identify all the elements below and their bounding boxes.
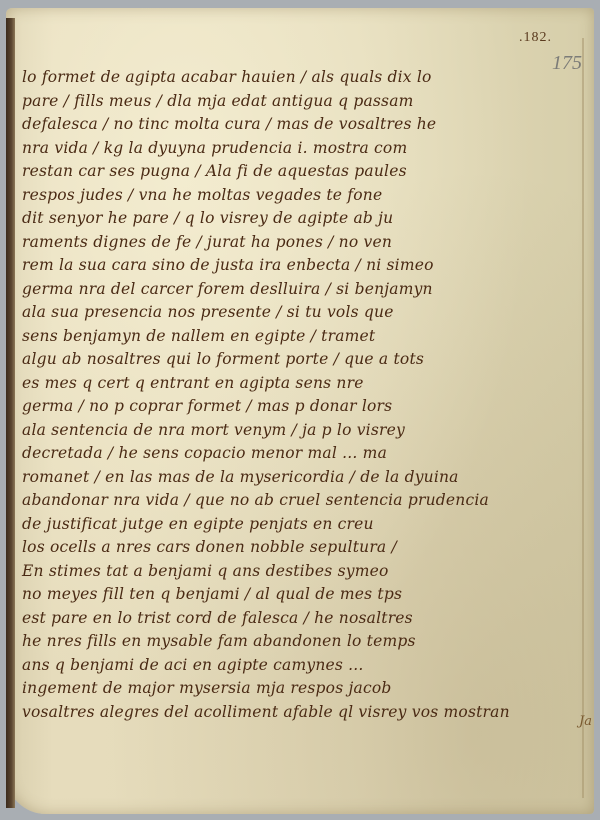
text-line: restan car ses pugna / Ala fi de aquesta… [22, 160, 562, 184]
text-line: defalesca / no tinc molta cura / mas de … [22, 113, 562, 137]
text-line: pare / fills meus / dla mja edat antigua… [22, 90, 562, 114]
text-line: lo formet de agipta acabar hauien / als … [22, 66, 562, 90]
text-line: ans q benjami de aci en agipte camynes .… [22, 654, 562, 678]
manuscript-page: .182. 175 lo formet de agipta acabar hau… [6, 8, 594, 814]
text-line: nra vida / kg la dyuyna prudencia i. mos… [22, 137, 562, 161]
text-line: est pare en lo trist cord de falesca / h… [22, 607, 562, 631]
text-line: germa / no p coprar formet / mas p donar… [22, 395, 562, 419]
text-line: ala sua presencia nos presente / si tu v… [22, 301, 562, 325]
text-line: sens benjamyn de nallem en egipte / tram… [22, 325, 562, 349]
text-line: algu ab nosaltres qui lo forment porte /… [22, 348, 562, 372]
text-line: los ocells a nres cars donen nobble sepu… [22, 536, 562, 560]
text-line: dit senyor he pare / q lo visrey de agip… [22, 207, 562, 231]
book-binding-edge [6, 18, 15, 808]
text-line: germa nra del carcer forem deslluira / s… [22, 278, 562, 302]
text-line: es mes q cert q entrant en agipta sens n… [22, 372, 562, 396]
page-edge-line [582, 38, 584, 798]
text-line: romanet / en las mas de la mysericordia … [22, 466, 562, 490]
text-line: abandonar nra vida / que no ab cruel sen… [22, 489, 562, 513]
text-line: de justificat jutge en egipte penjats en… [22, 513, 562, 537]
text-line: no meyes fill ten q benjami / al qual de… [22, 583, 562, 607]
text-line: decretada / he sens copacio menor mal ..… [22, 442, 562, 466]
margin-note: Ja [579, 714, 592, 729]
text-line: ingement de major mysersia mja respos ja… [22, 677, 562, 701]
text-line: vosaltres alegres del acolliment afable … [22, 701, 562, 725]
text-line: En stimes tat a benjami q ans destibes s… [22, 560, 562, 584]
text-line: respos judes / vna he moltas vegades te … [22, 184, 562, 208]
folio-number-ink: .182. [519, 30, 552, 46]
manuscript-text: lo formet de agipta acabar hauien / als … [22, 66, 562, 724]
text-line: ala sentencia de nra mort venym / ja p l… [22, 419, 562, 443]
text-line: rem la sua cara sino de justa ira enbect… [22, 254, 562, 278]
text-line: he nres fills en mysable fam abandonen l… [22, 630, 562, 654]
text-line: raments dignes de fe / jurat ha pones / … [22, 231, 562, 255]
